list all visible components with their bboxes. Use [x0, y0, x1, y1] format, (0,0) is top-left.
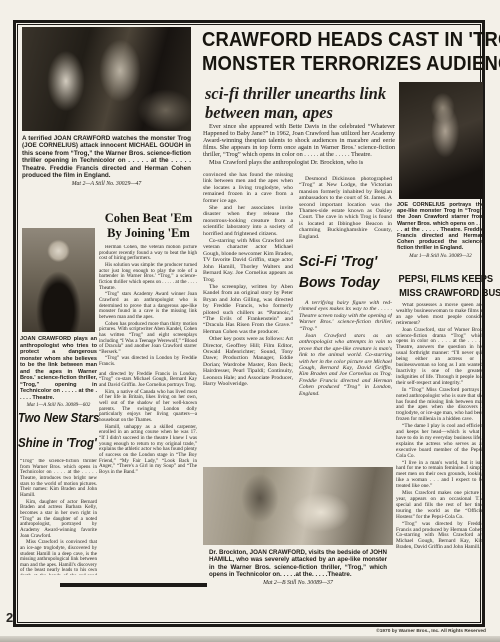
bedside-photo-caption-block: Dr. Brockton, JOAN CRAWFORD, visits the …: [209, 549, 387, 587]
bedside-photo-mat-line: Mat 2—B Still No. 30089—37: [209, 580, 387, 587]
article-paragraph: Miss Crawford is convinced that an ice-a…: [20, 540, 97, 575]
cohen-headline: Cohen Beat 'Em By Joining 'Em: [99, 211, 198, 241]
two-stars-continuation-paragraph: Kim, a native of Canada who has lived mo…: [99, 390, 197, 424]
main-article-lead-in: Miss Crawford plays the anthropologist D…: [203, 159, 395, 166]
section-divider-rule: [60, 583, 207, 587]
cornelius-photo-mat-line: Mat 1—B Still No. 30089—32: [397, 253, 484, 259]
two-stars-article-column1: “Trog” the science-fiction thriller from…: [20, 459, 97, 575]
scifi-bows-headline-line1: Sci-Fi 'Trog': [299, 252, 377, 273]
pressbook-page: { "page": { "number": "2", "copyright": …: [0, 0, 500, 642]
crawford-portrait-caption: JOAN CRAWFORD plays an anthropologist wh…: [20, 336, 97, 401]
main-article-intro-block: Ever since she appeared with Bette Davis…: [203, 123, 395, 168]
article-paragraph: What possesses a movie queen and wealthy…: [396, 303, 484, 327]
article-paragraph: Kim, daughter of actor Bernard Braden an…: [20, 500, 97, 540]
article-paragraph: His solution was simple: the producer tu…: [99, 263, 197, 291]
main-subhead-line1: sci-fi thriller unearths link: [205, 84, 386, 103]
main-article-right-column: Desmond Dickinson photographed “Trog” at…: [299, 176, 392, 241]
cohen-headline-line1: Cohen Beat 'Em: [105, 211, 193, 226]
pepsi-article: What possesses a movie queen and wealthy…: [396, 303, 484, 621]
article-paragraph: convinced she has found the missing link…: [203, 172, 293, 204]
lead-photo-mat-line: Mat 2—A Still No. 30029—47: [22, 181, 191, 188]
cohen-headline-line2: By Joining 'Em: [107, 226, 190, 241]
copyright-notice: ©1970 by Warner Bros., Inc. All Rights R…: [290, 629, 486, 634]
article-paragraph: “Trog” the science-fiction thriller from…: [20, 459, 97, 499]
article-paragraph: “I live in a man's world, but it isn't h…: [396, 461, 484, 491]
main-headline-line1: CRAWFORD HEADS CAST IN 'TROG': [202, 28, 500, 52]
page-number: 2: [6, 610, 13, 625]
bedside-photo-still: [203, 467, 393, 545]
article-paragraph: “The dame I play is cool and efficient a…: [396, 424, 484, 459]
article-paragraph: Desmond Dickinson photographed “Trog” at…: [299, 176, 392, 240]
article-paragraph: Miss Crawford makes one picture a year, …: [396, 491, 484, 521]
article-paragraph: The screenplay, written by Aben Kandel f…: [203, 284, 293, 335]
lead-photo-caption: A terrified JOAN CRAWFORD watches the mo…: [22, 135, 191, 179]
main-subhead-line2: between man, apes: [205, 103, 333, 122]
main-subhead: sci-fi thriller unearths link between ma…: [205, 84, 405, 122]
article-paragraph: Cohen has produced more than thirty moti…: [99, 322, 197, 356]
article-paragraph: In “Trog” Miss Crawford portrays a noted…: [396, 388, 484, 423]
crawford-portrait-photo: [22, 228, 95, 332]
article-paragraph: Herman Cohen, the veteran motion picture…: [99, 245, 197, 262]
scifi-bows-headline: Sci-Fi 'Trog' Bows Today: [299, 252, 393, 294]
cornelius-photo-caption-block: JOE CORNELIUS portrays the ape-like mons…: [397, 202, 484, 259]
two-stars-continuation-paragraph: and directed by Freddie Francis in Londo…: [99, 372, 197, 389]
main-article-left-column: convinced she has found the missing link…: [203, 172, 293, 465]
trog-monster-photo: [399, 82, 483, 199]
scifi-bows-article: A terrifying hairy figure with red-rimme…: [299, 300, 392, 462]
main-headline-line2: MONSTER TERRORIZES AUDIENCES: [202, 52, 500, 76]
article-paragraph: “Trog” was directed by Freddie Francis a…: [396, 522, 484, 552]
main-headline: CRAWFORD HEADS CAST IN 'TROG' MONSTER TE…: [202, 28, 490, 76]
article-paragraph: A terrifying hairy figure with red-rimme…: [299, 300, 392, 332]
cohen-article-and-continuation: Herman Cohen, the veteran motion picture…: [99, 245, 197, 577]
scan-edge-strip: [0, 636, 500, 642]
crawford-portrait-caption-block: JOAN CRAWFORD plays an anthropologist wh…: [20, 336, 97, 409]
article-paragraph: Co-starring with Miss Crawford are veter…: [203, 238, 293, 283]
two-stars-continuation-paragraph: Hamill, unhappy as a skilled carpenter, …: [99, 425, 197, 476]
scifi-bows-headline-line2: Bows Today: [299, 273, 380, 294]
article-paragraph: Other key posts were as follows: Art Dir…: [203, 336, 293, 387]
pepsi-headline-line2: MISS CRAWFORD BUSY: [399, 287, 500, 301]
lead-photo-still: [22, 27, 191, 131]
article-paragraph: Joan Crawford stars as an anthropologist…: [299, 333, 392, 397]
article-paragraph: Joan Crawford, star of Warner Bros.' sci…: [396, 328, 484, 387]
cornelius-photo-caption: JOE CORNELIUS portrays the ape-like mons…: [397, 202, 484, 251]
main-article-intro: Ever since she appeared with Bette Davis…: [203, 123, 395, 158]
two-stars-headline-line1: Two New Stars: [18, 406, 99, 431]
pepsi-headline-line1: PEPSI, FILMS KEEPS: [399, 273, 494, 287]
pepsi-headline: PEPSI, FILMS KEEPS MISS CRAWFORD BUSY: [395, 273, 485, 300]
bedside-photo-caption: Dr. Brockton, JOAN CRAWFORD, visits the …: [209, 549, 387, 578]
lead-photo-caption-block: A terrified JOAN CRAWFORD watches the mo…: [22, 135, 191, 189]
article-paragraph: “Trog” stars Academy Award winner Joan C…: [99, 292, 197, 320]
article-paragraph: “Trog” was directed in London by Freddie…: [99, 356, 197, 367]
two-stars-headline-line2: Shine in 'Trog': [18, 431, 97, 456]
two-stars-headline: Two New Stars Shine in 'Trog': [18, 406, 102, 456]
article-paragraph: She and her associates invite disaster w…: [203, 205, 293, 237]
